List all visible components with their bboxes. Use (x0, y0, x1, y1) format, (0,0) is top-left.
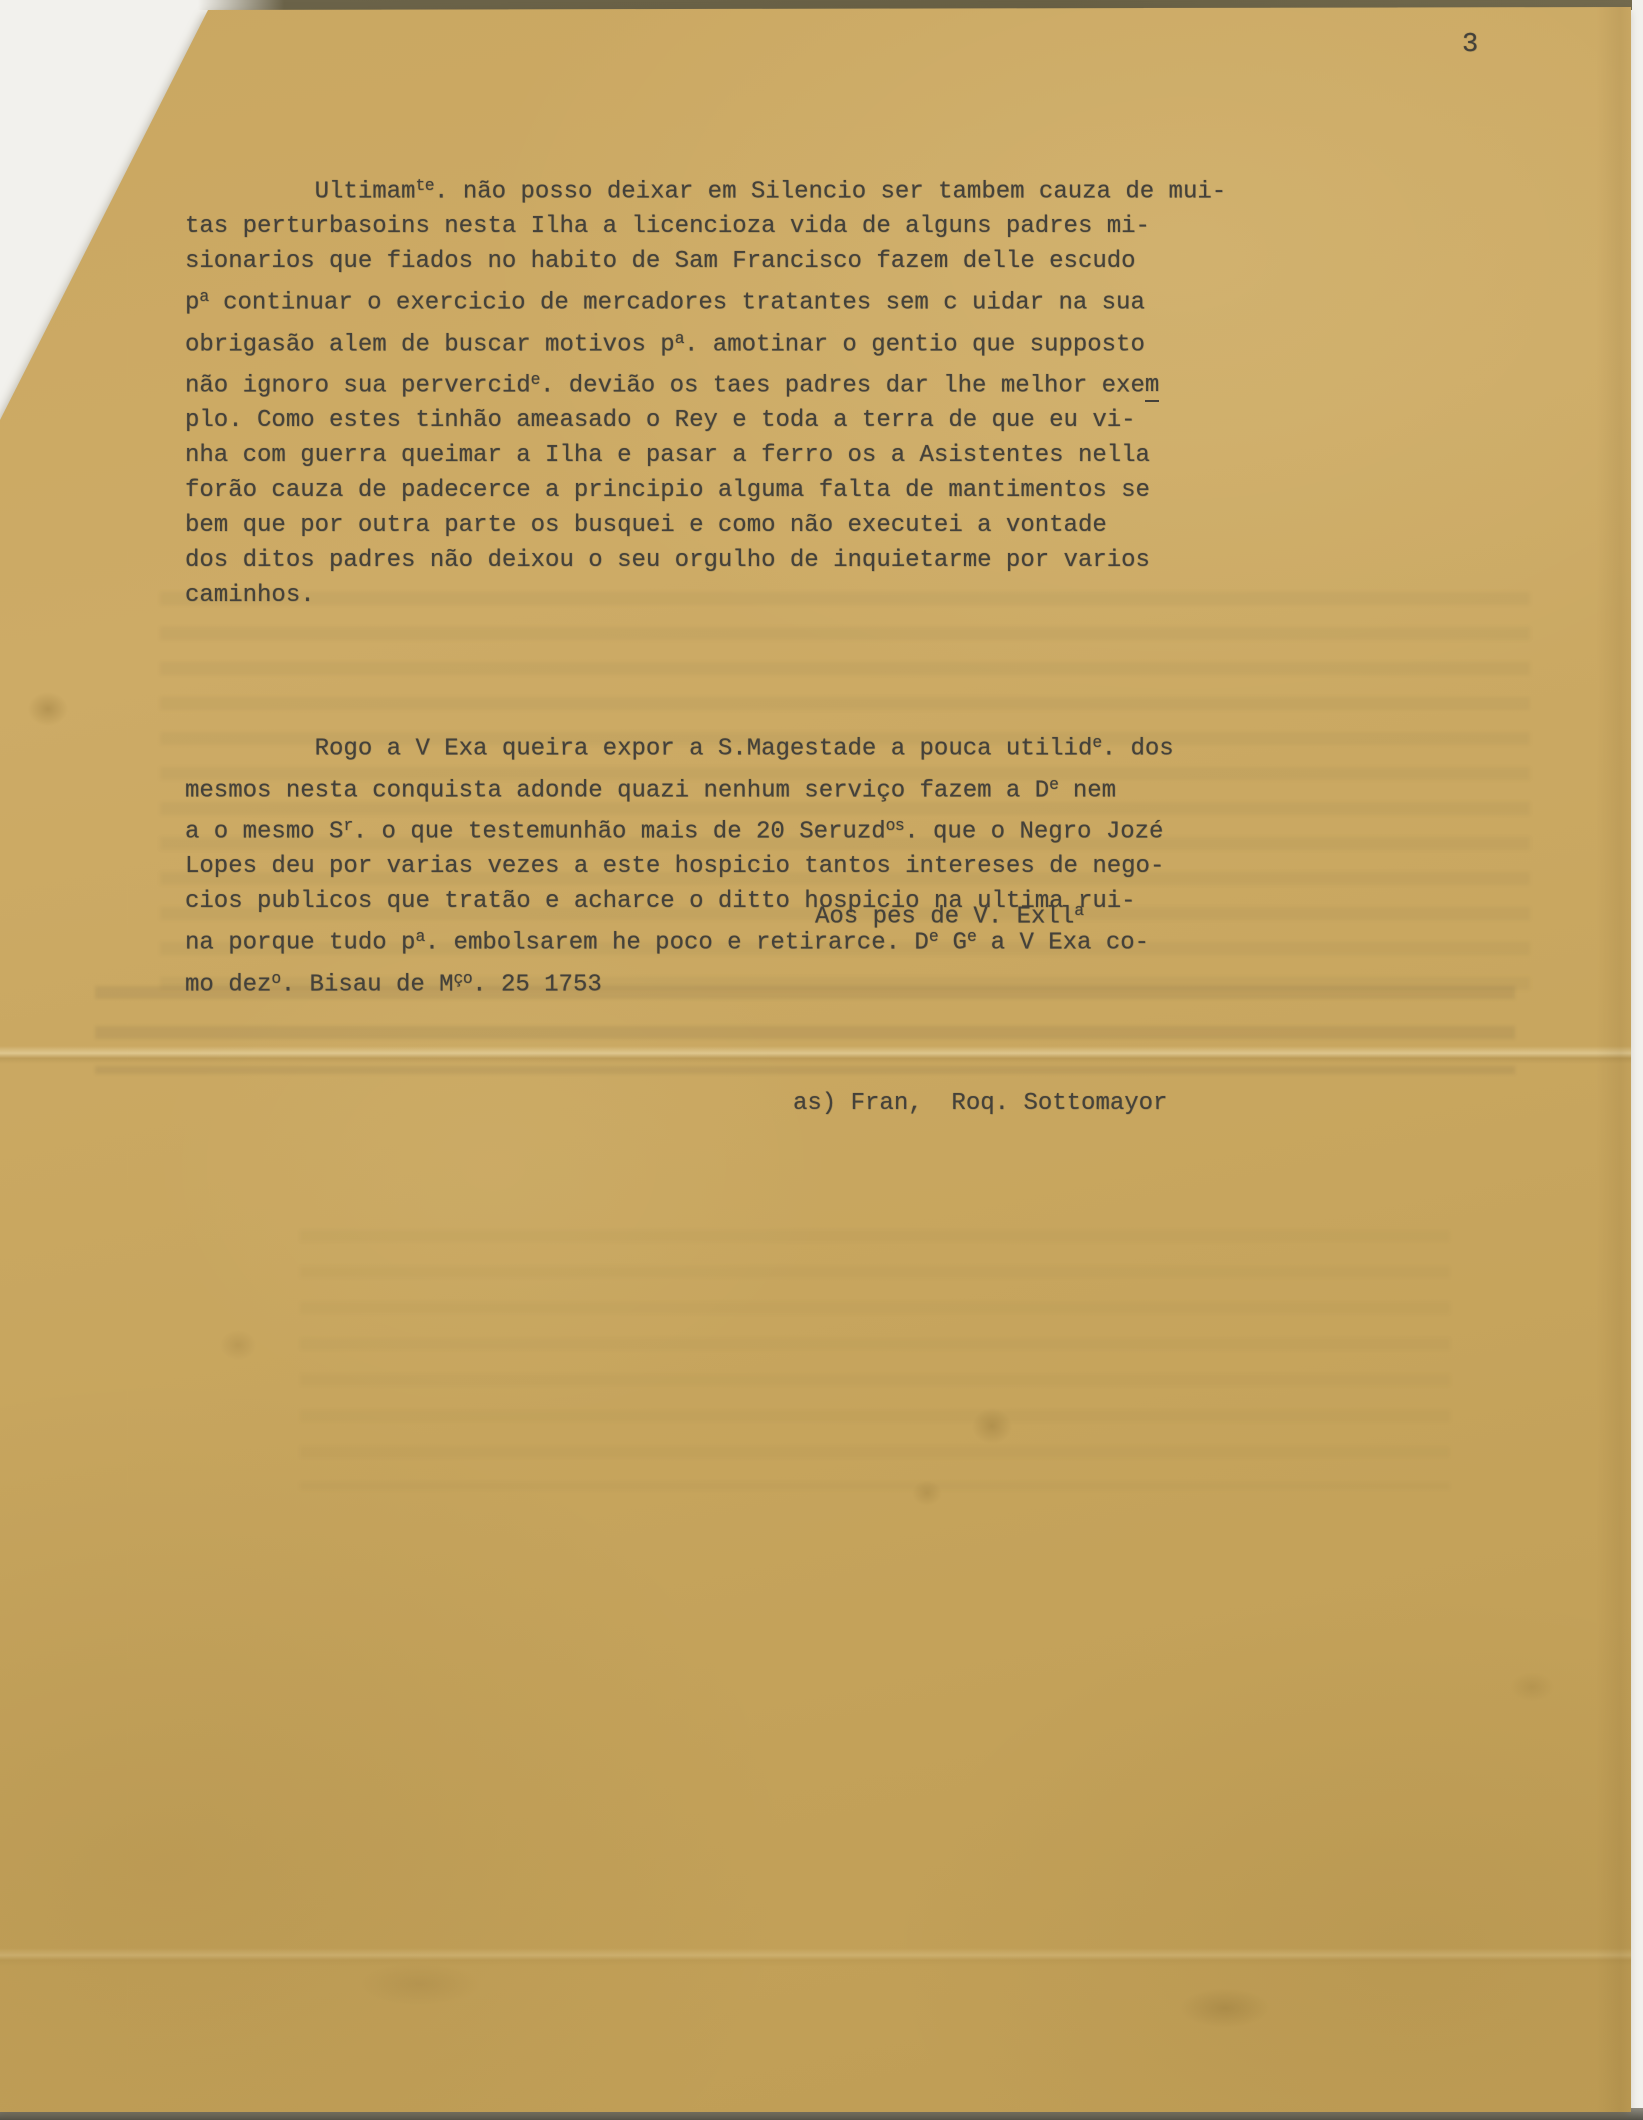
underlined-text: m (1145, 372, 1159, 402)
paper-stain (28, 692, 68, 726)
page-number: 3 (1462, 28, 1478, 63)
text-line: a o mesmo Sr. o que testemunhão mais de … (185, 808, 1226, 849)
superscript-abbreviation: a (415, 927, 424, 946)
superscript-abbreviation: o (271, 969, 280, 988)
text-line: dos ditos padres não deixou o seu orgulh… (185, 543, 1226, 578)
paper-stain (1510, 1672, 1554, 1702)
superscript-abbreviation: e (1049, 775, 1058, 794)
superscript-abbreviation: te (415, 176, 434, 195)
paper-stain (360, 1962, 480, 2006)
text-line: mo dezo. Bisau de Mço. 25 1753 (185, 961, 1226, 1002)
paper-surface: 3 Ultimamte. não posso deixar em Silenci… (0, 0, 1643, 2120)
superscript-abbreviation: a (199, 287, 208, 306)
text-line: Rogo a V Exa queira expor a S.Magestade … (185, 725, 1226, 766)
paper-stain (1180, 1988, 1270, 2028)
signature: as) Fran, Roq. Sottomayor (793, 1086, 1167, 1121)
text-line: nha com guerra queimar a Ilha e pasar a … (185, 438, 1226, 473)
scanned-letter-page: 3 Ultimamte. não posso deixar em Silenci… (0, 0, 1643, 2120)
text-line: não ignoro sua pervercide. devião os tae… (185, 362, 1226, 403)
text-line: caminhos. (185, 578, 1226, 613)
text-line: obrigasão alem de buscar motivos pa. amo… (185, 321, 1226, 362)
text-line: Ultimamte. não posso deixar em Silencio … (185, 168, 1226, 209)
ink-bleedthrough (300, 1230, 1450, 1490)
text-line: sionarios que fiados no habito de Sam Fr… (185, 244, 1226, 279)
paragraph-2: Rogo a V Exa queira expor a S.Magestade … (185, 725, 1226, 1002)
superscript-abbreviation: e (1092, 733, 1101, 752)
superscript-abbreviation: ço (454, 969, 473, 988)
horizontal-fold-crease-lower (0, 1948, 1643, 1966)
text-line: tas perturbasoins nesta Ilha a licencioz… (185, 209, 1226, 244)
paper-stain (220, 1330, 256, 1360)
superscript-abbreviation: a (1074, 901, 1083, 920)
text-line: mesmos nesta conquista adonde quazi nenh… (185, 767, 1226, 808)
text-line: plo. Como estes tinhão ameasado o Rey e … (185, 403, 1226, 438)
text-line: Aos pes de V. Exlla (815, 893, 1084, 934)
superscript-abbreviation: r (343, 816, 352, 835)
text-line: bem que por outra parte os busquei e com… (185, 508, 1226, 543)
right-edge-shading (1596, 0, 1631, 2112)
text-line: Lopes deu por varias vezes a este hospic… (185, 849, 1226, 884)
superscript-abbreviation: a (675, 329, 684, 348)
paper-stain (912, 1480, 942, 1506)
paragraph-1: Ultimamte. não posso deixar em Silencio … (185, 168, 1226, 613)
text-line: as) Fran, Roq. Sottomayor (793, 1086, 1167, 1121)
superscript-abbreviation: e (531, 370, 540, 389)
text-line: pa continuar o exercicio de mercadores t… (185, 279, 1226, 320)
paper-stain (972, 1408, 1012, 1444)
closing-salutation: Aos pes de V. Exlla (815, 893, 1084, 934)
paper-sheet: 3 Ultimamte. não posso deixar em Silenci… (0, 0, 1643, 2120)
superscript-abbreviation: os (886, 816, 905, 835)
text-line: forão cauza de padecerce a principio alg… (185, 473, 1226, 508)
